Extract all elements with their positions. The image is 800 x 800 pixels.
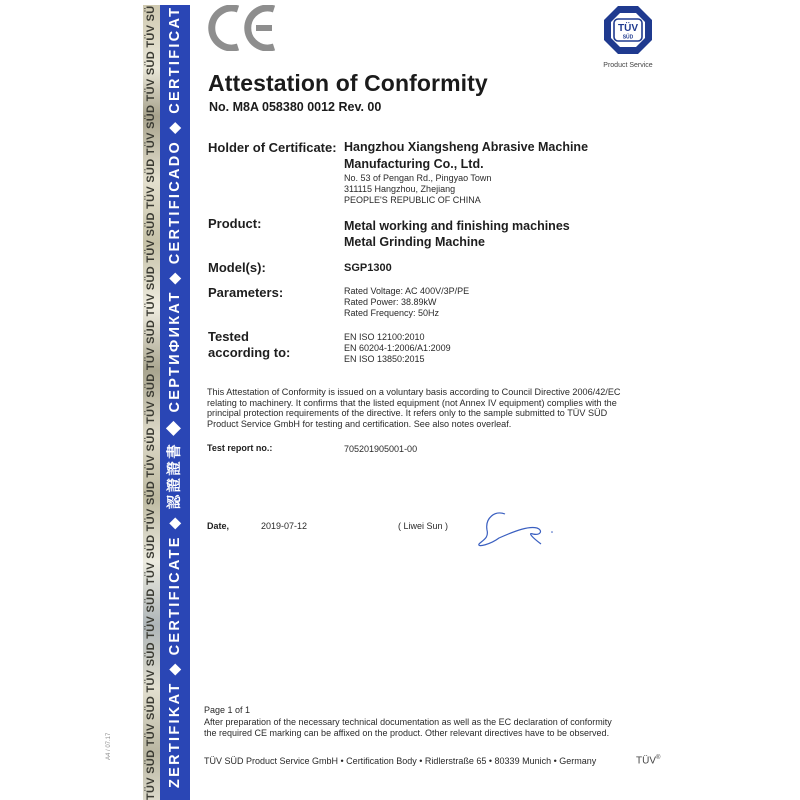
parameter-power: Rated Power: 38.89kW xyxy=(344,297,437,308)
hologram-text: TÜV SÜD TÜV SÜD TÜV SÜD TÜV SÜD TÜV SÜD … xyxy=(143,5,160,800)
certificate-band-text: ZERTIFIKAT ◆ CERTIFICATE ◆ 認證證書 ◆ СЕРТИФ… xyxy=(160,5,190,800)
standard-2: EN 60204-1:2006/A1:2009 xyxy=(344,343,451,354)
parameter-frequency: Rated Frequency: 50Hz xyxy=(344,308,439,319)
svg-text:SÜD: SÜD xyxy=(623,34,634,41)
test-report-number: 705201905001-00 xyxy=(344,444,417,454)
footer-address: TÜV SÜD Product Service GmbH • Certifica… xyxy=(204,756,596,766)
hologram-strip: TÜV SÜD TÜV SÜD TÜV SÜD TÜV SÜD TÜV SÜD … xyxy=(143,5,160,800)
ce-mark-icon xyxy=(208,5,280,51)
product-line2: Metal Grinding Machine xyxy=(344,234,485,251)
page-indicator: Page 1 of 1 xyxy=(204,705,250,715)
signature-mark xyxy=(477,508,567,552)
parameter-voltage: Rated Voltage: AC 400V/3P/PE xyxy=(344,286,469,297)
product-label: Product: xyxy=(208,216,261,231)
holder-address-line1: No. 53 of Pengan Rd., Pingyao Town xyxy=(344,173,491,184)
logo-caption: Product Service xyxy=(596,62,660,69)
date-label: Date, xyxy=(207,521,229,531)
certificate-number: No. M8A 058380 0012 Rev. 00 xyxy=(209,100,381,114)
form-code: A4 / 07.17 xyxy=(106,720,112,760)
footer-brand: TÜV® xyxy=(636,755,660,766)
issue-date: 2019-07-12 xyxy=(261,521,307,531)
certificate-band: ZERTIFIKAT ◆ CERTIFICATE ◆ 認證證書 ◆ СЕРТИФ… xyxy=(160,5,190,800)
models-label: Model(s): xyxy=(208,260,266,275)
parameters-label: Parameters: xyxy=(208,285,283,300)
model-value: SGP1300 xyxy=(344,260,392,277)
tuv-sud-logo-icon: TÜV SÜD xyxy=(603,5,653,55)
test-report-label: Test report no.: xyxy=(207,443,272,453)
signer-name: ( Liwei Sun ) xyxy=(398,521,448,531)
footer-note: After preparation of the necessary techn… xyxy=(204,717,624,738)
holder-address-line2: 311115 Hangzhou, Zhejiang xyxy=(344,184,455,195)
tested-label-line2: according to: xyxy=(208,345,290,360)
document-title: Attestation of Conformity xyxy=(208,70,488,97)
holder-label: Holder of Certificate: xyxy=(208,140,337,155)
holder-name-line1: Hangzhou Xiangsheng Abrasive Machine xyxy=(344,139,588,156)
holder-address-line3: PEOPLE'S REPUBLIC OF CHINA xyxy=(344,195,481,206)
product-line1: Metal working and finishing machines xyxy=(344,218,570,235)
conformity-statement: This Attestation of Conformity is issued… xyxy=(207,387,637,429)
holder-name-line2: Manufacturing Co., Ltd. xyxy=(344,156,484,173)
standard-1: EN ISO 12100:2010 xyxy=(344,332,425,343)
standard-3: EN ISO 13850:2015 xyxy=(344,354,425,365)
tested-label-line1: Tested xyxy=(208,329,249,344)
svg-text:TÜV: TÜV xyxy=(618,21,638,34)
